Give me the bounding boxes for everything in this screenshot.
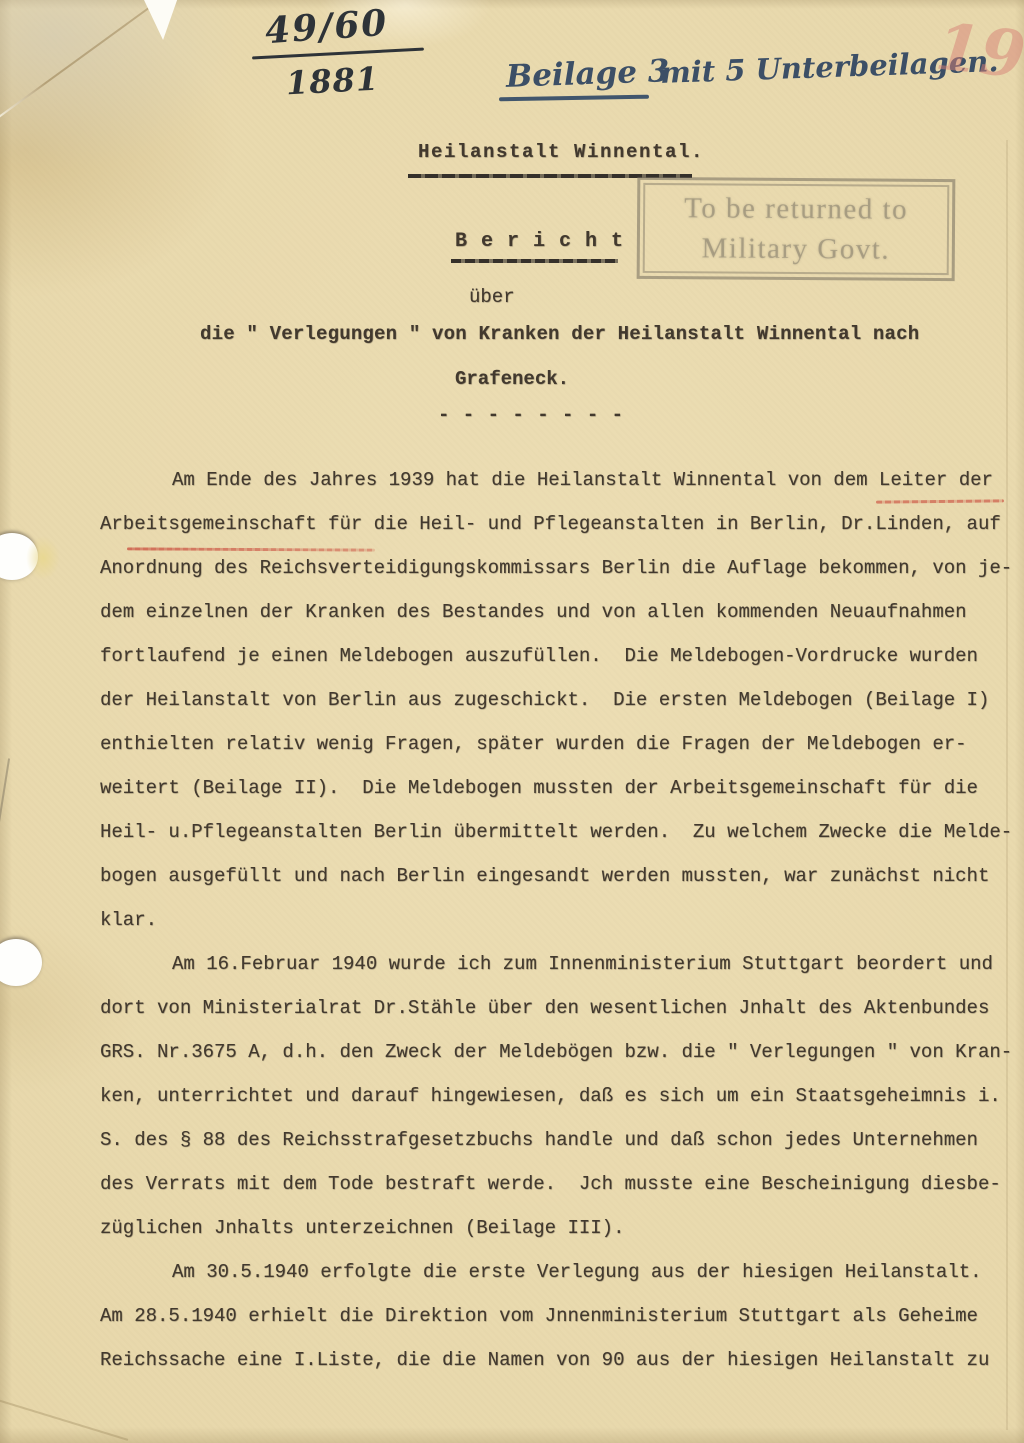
body-line: dem einzelnen der Kranken des Bestandes … [100,590,1024,634]
punch-hole [0,939,42,986]
body-line: Am Ende des Jahres 1939 hat die Heilanst… [100,458,1024,502]
body-line: züglichen Jnhalts unterzeichnen (Beilage… [100,1206,1024,1250]
body-line: Am 16.Februar 1940 wurde ich zum Innenmi… [100,942,1024,986]
red-page-mark: 19 [932,10,1024,94]
report-heading-underline [451,259,618,263]
report-heading: B e r i c h t [455,230,624,253]
body-line: Am 30.5.1940 erfolgte die erste Verlegun… [100,1250,1024,1294]
body-line: der Heilanstalt von Berlin aus zugeschic… [100,678,1024,722]
stamp-text-line1: To be returned to [684,188,908,230]
body-line: bogen ausgefüllt und nach Berlin eingesa… [100,854,1024,898]
heading-subject-line: die " Verlegungen " von Kranken der Heil… [200,323,919,345]
body-line: S. des § 88 des Reichsstrafgesetzbuchs h… [100,1118,1024,1162]
body-line: Heil- u.Pflegeanstalten Berlin übermitte… [100,810,1024,854]
punch-hole-stain [26,536,60,580]
body-line: Reichssache eine I.Liste, die die Namen … [100,1338,1024,1382]
body-line: enthielten relativ wenig Fragen, später … [100,722,1024,766]
corner-crease [0,0,162,120]
heading-preposition: über [469,286,515,308]
body-line: Arbeitsgemeinschaft für die Heil- und Pf… [100,502,1024,546]
stamp-inner-border: To be returned to Military Govt. [643,183,950,275]
attachment-note-underline [499,95,649,102]
document-page: { "annotations": { "archival_number": "4… [0,0,1024,1443]
body-line: GRS. Nr.3675 A, d.h. den Zweck der Melde… [100,1030,1024,1074]
body-line: weitert (Beilage II). Die Meldebogen mus… [100,766,1024,810]
institution-title: Heilanstalt Winnental. [418,141,704,163]
body-line: dort von Ministerialrat Dr.Stähle über d… [100,986,1024,1030]
heading-divider-dashes: - - - - - - - - [438,404,624,426]
archival-number-handwritten: 49/60 [264,2,390,53]
body-line: ken, unterrichtet und darauf hingewiesen… [100,1074,1024,1118]
report-body: Am Ende des Jahres 1939 hat die Heilanst… [100,458,1024,1382]
heading-subject-place: Grafeneck. [455,368,569,390]
bottom-left-crease [0,1398,128,1441]
attachment-note-handwritten: Beilage 3 [505,53,669,95]
body-line: klar. [100,898,1024,942]
left-edge-crease [0,758,10,835]
archival-year-handwritten: 1881 [285,60,380,103]
body-line: des Verrats mit dem Tode bestraft werde.… [100,1162,1024,1206]
stamp-text-line2: Military Govt. [701,228,890,269]
body-line: Anordnung des Reichsverteidigungskommiss… [100,546,1024,590]
body-line: fortlaufend je einen Meldebogen auszufül… [100,634,1024,678]
military-govt-stamp: To be returned to Military Govt. [637,177,956,281]
body-line: Am 28.5.1940 erhielt die Direktion vom J… [100,1294,1024,1338]
paper-tear-notch [141,0,179,40]
